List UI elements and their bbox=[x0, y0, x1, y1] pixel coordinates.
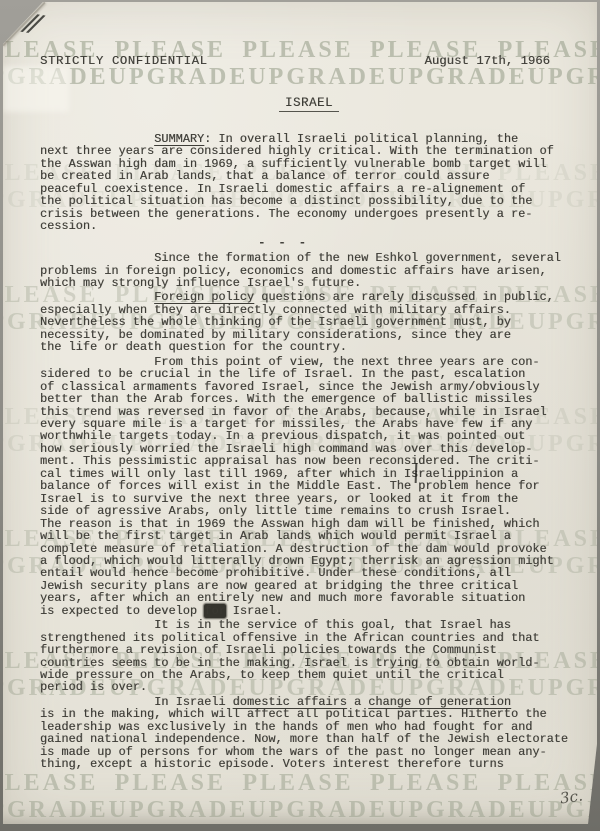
watermark-word: PLEASE bbox=[370, 770, 481, 797]
document-body: SUMMARY: In overall Israeli political pl… bbox=[40, 133, 577, 771]
paragraph: It is in the service of this goal, that … bbox=[40, 619, 577, 694]
document-line: will be the first target in Arab lands w… bbox=[40, 530, 577, 542]
document-line: entail would hence become prohibitive. U… bbox=[40, 567, 577, 579]
document-line: which may strongly influence Israel's fu… bbox=[40, 277, 577, 289]
watermark-word: UPGRADE bbox=[528, 64, 597, 91]
document-line: Since the formation of the new Eshkol go… bbox=[40, 252, 577, 264]
document-line: furthermore a revision of Israeli polici… bbox=[40, 644, 577, 656]
watermark-word: UPGRADE bbox=[3, 797, 109, 824]
document-line: side of agressive Arabs, only little tim… bbox=[40, 505, 577, 517]
classification-label: STRICTLY CONFIDENTIAL bbox=[40, 54, 208, 68]
document-line: thing, except a historic episode. Voters… bbox=[40, 758, 577, 770]
watermark-word: UPGRADE bbox=[388, 64, 528, 91]
watermark-word: UPGRADE bbox=[248, 797, 388, 824]
section-divider: - - - bbox=[15, 237, 552, 249]
document-line: It is in the service of this goal, that … bbox=[40, 619, 577, 631]
watermark-word: PLEASE bbox=[115, 770, 226, 797]
paragraph: Since the formation of the new Eshkol go… bbox=[40, 252, 577, 289]
paragraph: SUMMARY: In overall Israeli political pl… bbox=[40, 133, 577, 233]
watermark-row: UPGRADEUPGRADEUPGRADEUPGRADEUPGRADE bbox=[3, 64, 597, 91]
document-line: years, after which an entirely new and m… bbox=[40, 592, 577, 604]
document-line: sidered to be crucial in the life of Isr… bbox=[40, 368, 577, 380]
document-header: STRICTLY CONFIDENTIAL August 17th, 1966 bbox=[40, 54, 550, 68]
document-line: gained national independence. Now, more … bbox=[40, 733, 577, 745]
watermark-word: PLEASE bbox=[3, 770, 98, 797]
watermark-row: UPGRADEUPGRADEUPGRADEUPGRADEUPGRADE bbox=[3, 797, 597, 824]
document-line: the political situation has become a dis… bbox=[40, 195, 577, 207]
page-number-mark: 3c. bbox=[559, 787, 584, 808]
watermark-word: UPGRADE bbox=[248, 64, 388, 91]
watermark-word: UPGRADE bbox=[388, 797, 528, 824]
paragraph: Foreign policy questions are rarely disc… bbox=[40, 291, 577, 353]
document-line: is in the making, which will affect all … bbox=[40, 708, 577, 720]
document-line: ment. This pessimistic appraisal has now… bbox=[40, 455, 577, 467]
document-line: is expected to develop for Israel. bbox=[40, 605, 577, 617]
paragraph: In Israeli domestic affairs a change of … bbox=[40, 696, 577, 771]
watermark-word: UPGRADE bbox=[109, 64, 249, 91]
document-title-text: ISRAEL bbox=[279, 96, 339, 112]
paragraph: From this point of view, the next three … bbox=[40, 356, 577, 618]
document-line: balance of forces will exist in the Midd… bbox=[40, 480, 577, 492]
document-line: cession. bbox=[40, 220, 577, 232]
document-line: the life or death question for the count… bbox=[40, 341, 577, 353]
document-line: worthwhile targets today. In a previous … bbox=[40, 430, 577, 442]
document-line: be created in Arab lands, that a balance… bbox=[40, 170, 577, 182]
document-line: - - - bbox=[15, 237, 552, 249]
document-page: PLEASEPLEASEPLEASEPLEASEPLEASEUPGRADEUPG… bbox=[3, 2, 597, 824]
document-line: Nevertheless the whole thinking of the I… bbox=[40, 316, 577, 328]
document-line: crisis between the generations. The econ… bbox=[40, 208, 577, 220]
watermark-row: PLEASEPLEASEPLEASEPLEASEPLEASE bbox=[3, 770, 597, 797]
document-title: ISRAEL bbox=[12, 96, 600, 110]
document-line: better than the Arab forces. With the em… bbox=[40, 393, 577, 405]
watermark-word: PLEASE bbox=[242, 770, 353, 797]
watermark-word: UPGRADE bbox=[109, 797, 249, 824]
document-date: August 17th, 1966 bbox=[425, 54, 550, 68]
document-line: period is over. bbox=[40, 681, 577, 693]
scan-background: PLEASEPLEASEPLEASEPLEASEPLEASEUPGRADEUPG… bbox=[0, 0, 600, 831]
